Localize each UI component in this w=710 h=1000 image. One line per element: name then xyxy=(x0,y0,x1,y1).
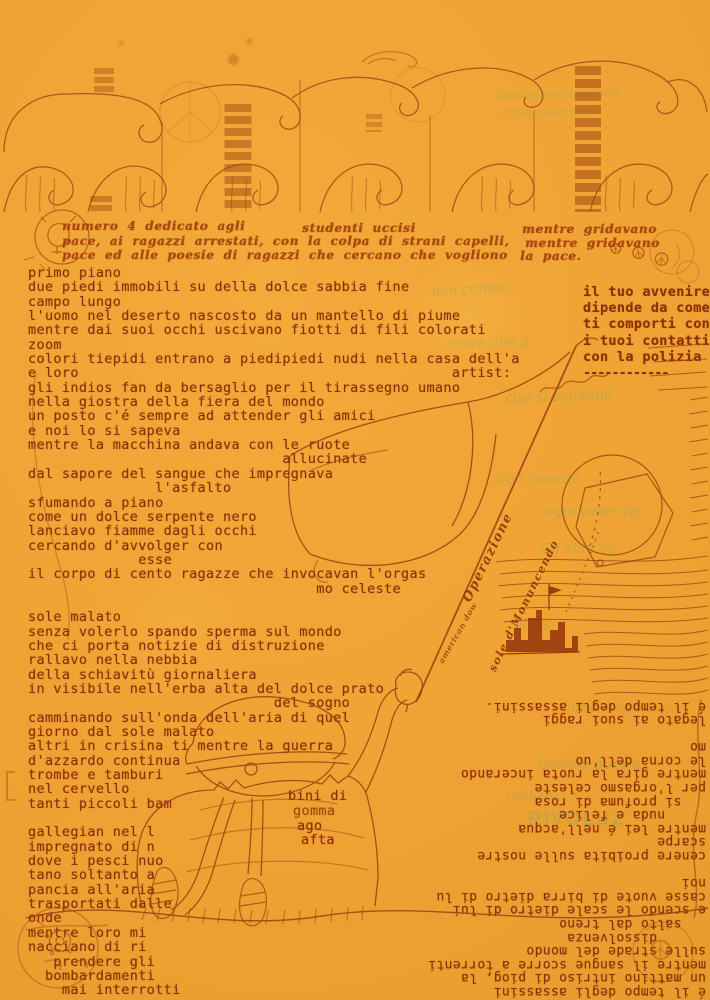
paper-stain xyxy=(246,38,253,45)
ghost-text: ogni violenza xyxy=(545,503,639,520)
poem-line: é il tempo degli assassini. xyxy=(392,699,706,713)
note-line: dipende da come xyxy=(583,300,709,316)
note-line: il tuo avvenire xyxy=(583,284,709,300)
top-scroll-drawing xyxy=(4,52,708,212)
poem-line: gli indios fan da bersaglio per il tiras… xyxy=(28,381,520,395)
ghost-text: nella caserma xyxy=(502,104,589,119)
paper-stain xyxy=(118,40,124,46)
poem-line: mentre gira la ruota incerando xyxy=(392,767,706,781)
poem-line: nuda e felice xyxy=(392,808,706,822)
ghost-text: tanti giovani ardenti xyxy=(497,84,621,103)
poem-line: si profuma di rosa xyxy=(392,794,706,808)
poem-line: campo lungo xyxy=(28,295,520,309)
poem-line: lanciavo fiamme dagli occhi xyxy=(28,524,520,538)
poem-line: sfumando a piano xyxy=(28,496,520,510)
header-dedication-line2: pace, ai ragazzi arrestati, con la colpa… xyxy=(62,234,509,248)
paper-stain xyxy=(228,54,239,65)
poem-fragment: gomma xyxy=(293,804,335,818)
poem-line: zoom xyxy=(28,338,520,352)
note-line: i tuoi contatti xyxy=(583,333,709,349)
poem-line: cercando d'avvolger con xyxy=(28,539,520,553)
poem-line: e noi lo si sapeva xyxy=(28,424,520,438)
poem-line: due piedi immobili su della dolce sabbia… xyxy=(28,280,520,294)
faint-peace-circles xyxy=(160,68,445,142)
note-line: ti comporti con xyxy=(583,316,709,332)
poem-line: il corpo di cento ragazze che invocavan … xyxy=(28,567,520,581)
header-dedication-line3: pace ed alle poesie di ragazzi che cerca… xyxy=(62,248,508,262)
poem-line: casse vuote di birra dietro di lu xyxy=(392,889,706,903)
peace-symbol-icon: ☮ xyxy=(652,248,671,272)
right-margin-note: il tuo avveniredipende da cometi comport… xyxy=(583,284,709,365)
poem-line: l'asfalto xyxy=(28,481,520,495)
poem-line xyxy=(392,726,706,740)
poem-line: un posto c'é sempre ad attender gli amic… xyxy=(28,409,520,423)
peace-symbol-icon: ☮ xyxy=(648,934,673,967)
header-dedication-line1b: studenti uccisi xyxy=(302,221,416,235)
dashed-rule: ------------ xyxy=(583,366,669,380)
poem-line: mo celeste xyxy=(28,582,520,596)
peace-symbol-icon: ☮ xyxy=(608,239,624,259)
poem-line: salto dal treno xyxy=(392,917,706,931)
poem-line: allucinate xyxy=(28,452,520,466)
poem-line: mentre dai suoi occhi uscivano fiotti di… xyxy=(28,323,520,337)
poem-line: é il tempo degli assassini xyxy=(392,984,706,998)
poem-fragment: afta xyxy=(301,833,335,847)
peace-symbol-icon: ☮ xyxy=(630,243,648,265)
header-dedication-line1: numero 4 dedicato agli xyxy=(62,219,245,233)
poem-line xyxy=(392,862,706,876)
header-dedication-line1c: mentre gridavano xyxy=(522,222,657,236)
zine-page: tanti giovani ardenti nella caserma ioni… xyxy=(0,0,710,1000)
poem-line: noi xyxy=(392,876,706,890)
poem-line: cenere proibita sulle nostre xyxy=(392,849,706,863)
header-dedication-line3b: la pace. xyxy=(520,249,581,263)
poem-line: per l'orgasmo celeste xyxy=(392,781,706,795)
poem-line: senza volerlo spando sperma sul mondo xyxy=(28,625,520,639)
poem-line: mo xyxy=(392,740,706,754)
poem-line: un mattino intriso di piog, la xyxy=(392,971,706,985)
ghost-text: che si espande xyxy=(505,386,613,407)
poem-line: sole malato xyxy=(28,610,520,624)
poem-line: le corna dell'uo xyxy=(392,753,706,767)
poem-line: della schiavitù giornaliera xyxy=(28,668,520,682)
poem-line: e scendo le scale dietro di lui xyxy=(392,903,706,917)
poem-line: legato ai suoi raggi xyxy=(392,713,706,727)
poem-fragment: bini di xyxy=(288,789,347,803)
poem-line: scarpe xyxy=(392,835,706,849)
poem-line: e loro artist: xyxy=(28,366,520,380)
poem-line: mentre lei é nell'acqua xyxy=(392,821,706,835)
note-line: con la polizia xyxy=(583,349,709,365)
poem-line: dal sapore del sangue che impregnava xyxy=(28,467,520,481)
